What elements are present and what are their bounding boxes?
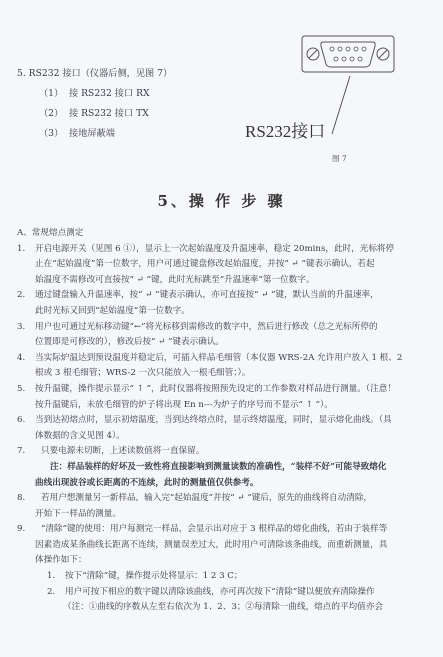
rs232-item-2: （2）接 RS232 接口 TX (17, 104, 172, 124)
rs232-item-1: （1）接 RS232 接口 RX (17, 84, 172, 104)
step-1: 1.开启电源开关（见图 6 ①），显示上一次起始温度及升温速率，稳定 20min… (17, 242, 432, 289)
rs232-heading: 5. RS232 接口（仪器后侧，见图 7） (17, 64, 172, 84)
subsection-heading: A、常规熔点测定 (17, 226, 432, 242)
figure-label: RS232接口 (245, 117, 325, 142)
step-7: 7.只要电源未切断，上述读数值将一直保留。 (17, 444, 432, 460)
document-page: 5. RS232 接口（仪器后侧，见图 7） （1）接 RS232 接口 RX … (0, 0, 443, 657)
substep-1: 1.按下“清除”键，操作提示处将显示：1 2 3 C； (17, 569, 432, 585)
step-9: 9.“清除”键的使用：用户每测完一样品，会显示出对应于 3 根样品的熔化曲线，若… (17, 522, 432, 569)
rs232-section: 5. RS232 接口（仪器后侧，见图 7） （1）接 RS232 接口 RX … (17, 64, 172, 144)
step-6: 6.当到达初熔点时，显示初熔温度，当到达终熔点时，显示终熔温度，同时，显示熔化曲… (17, 413, 432, 444)
step-2: 2.通过键盘输入升温速率，按“ ↵ ”键表示确认，亦可直接按“ ↵ ”键，默认当… (17, 288, 432, 319)
step-3: 3.用户也可通过光标移动键“←”将光标移到需修改的数字中，然后进行修改（总之光标… (17, 320, 432, 351)
step-5: 5.按升温键，操作提示显示“ ↑ ”，此时仪器将按照预先设定的工作参数对样品进行… (17, 382, 432, 413)
note: 注：样品装样的好坏及一致性将直接影响到测量读数的准确性，“装样不好”可能导致熔化… (17, 460, 432, 491)
step-4: 4.当实际炉温达到预设温度并稳定后，可插入样品毛细管（本仪器 WRS-2A 允许… (17, 351, 432, 382)
step-8: 8.若用户想测量另一新样品，输入完“起始温度”并按“ ↵ ”键后，原先的曲线将自… (17, 491, 432, 522)
substep-2: 2.用户可按下相应的数字键以清除该曲线，亦可再次按下“清除”键以便放弃清除操作 … (17, 585, 432, 616)
rs232-item-3: （3）接地屏蔽端 (17, 124, 172, 144)
chapter-title: 5、操 作 步 骤 (0, 190, 443, 211)
db9-connector-icon (300, 30, 400, 170)
figure-caption: 图 7 (332, 153, 347, 164)
body-text: A、常规熔点测定 1.开启电源开关（见图 6 ①），显示上一次起始温度及升温速率… (17, 226, 432, 616)
